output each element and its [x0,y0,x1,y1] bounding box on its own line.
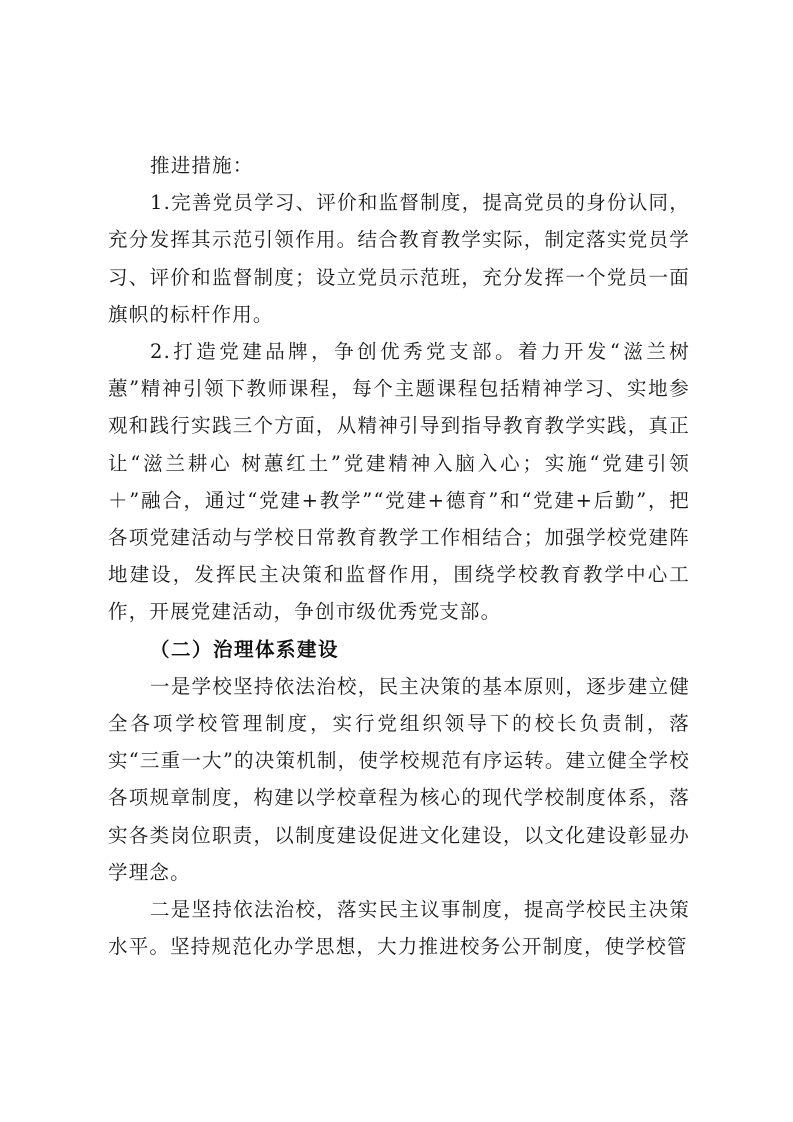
measure-item-1: 1.完善党员学习、评价和监督制度，提高党员的身份认同，充分发挥其示范引领作用。结… [108,184,690,333]
section-heading: （二）治理体系建设 [108,631,690,668]
section-paragraph-2: 二是坚持依法治校，落实民主议事制度，提高学校民主决策水平。坚持规范化办学思想，大… [108,891,690,965]
measure-item-2: 2.打造党建品牌，争创优秀党支部。着力开发“滋兰树蕙”精神引领下教师课程，每个主… [108,333,690,631]
measures-label: 推进措施： [108,147,690,184]
document-page: 推进措施： 1.完善党员学习、评价和监督制度，提高党员的身份认同，充分发挥其示范… [108,147,690,965]
section-paragraph-1: 一是学校坚持依法治校，民主决策的基本原则，逐步建立健全各项学校管理制度，实行党组… [108,668,690,891]
